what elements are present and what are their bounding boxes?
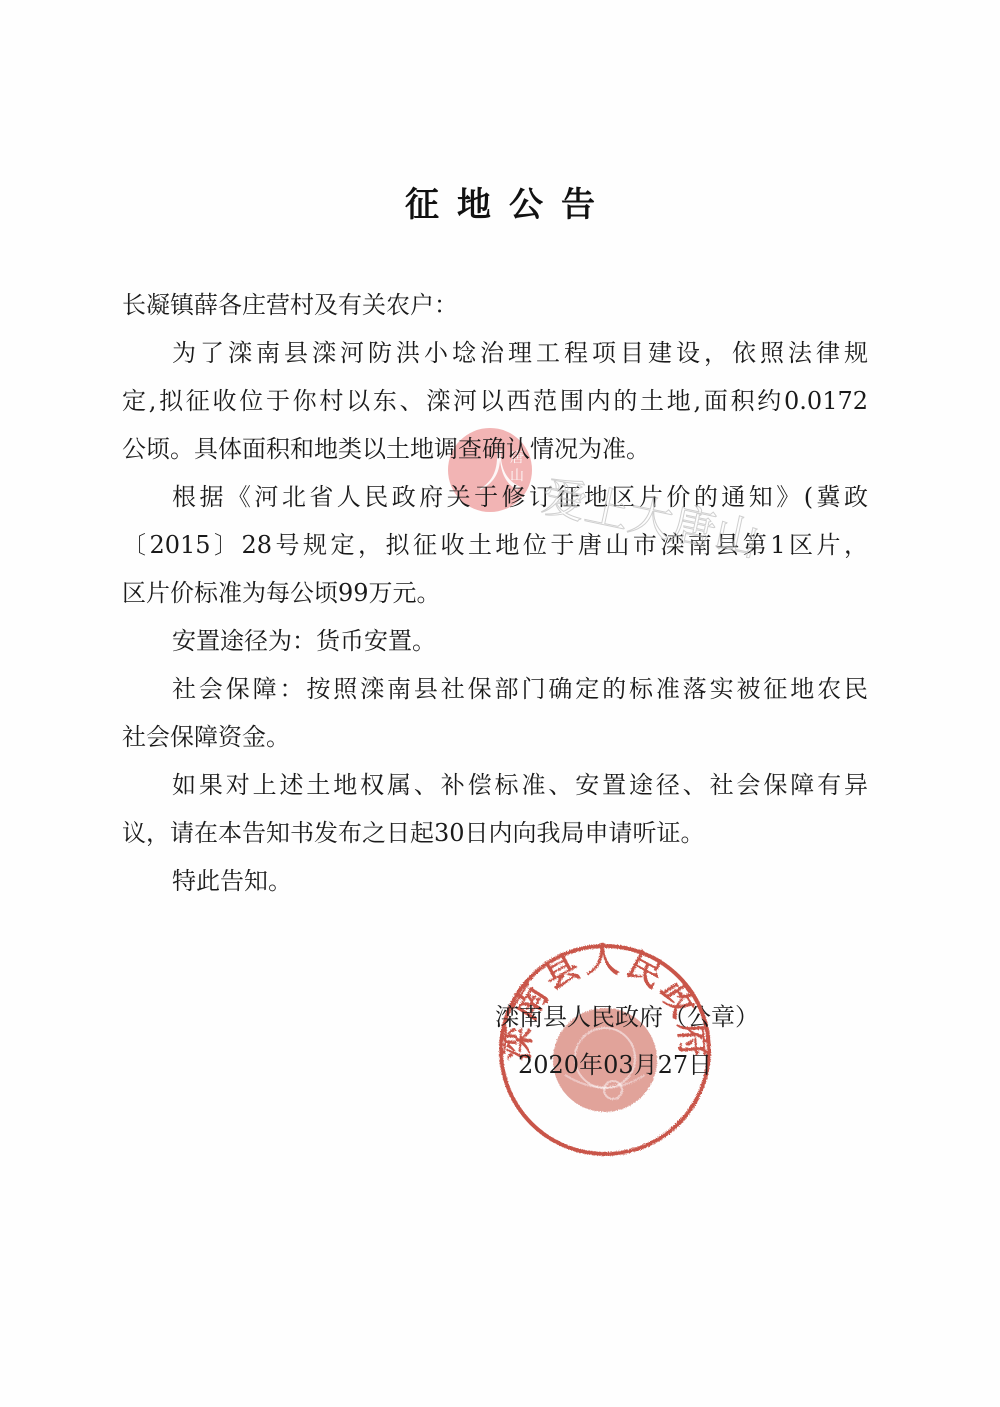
svg-text:爱上大唐山: 爱上大唐山: [540, 471, 764, 560]
paragraph-3-line-1: 安置途径为：货币安置。: [172, 625, 436, 657]
page-title: 征地公告: [0, 180, 1000, 230]
addressee: 长凝镇薛各庄营村及有关农户：: [122, 289, 458, 321]
paragraph-4-line-1: 社会保障：按照滦南县社保部门确定的标准落实被征地农民: [172, 673, 868, 705]
paragraph-2-line-3: 区片价标准为每公顷99万元。: [122, 577, 441, 609]
paragraph-1-line-2: 定,拟征收位于你村以东、滦河以西范围内的土地,面积约0.0172: [122, 385, 868, 417]
issue-date: 2020年03月27日: [518, 1049, 712, 1081]
paragraph-6-line-1: 特此告知。: [172, 865, 292, 897]
paragraph-4-line-2: 社会保障资金。: [122, 721, 290, 753]
watermark-text-icon: 爱上大唐山: [540, 470, 800, 560]
issuer-signature: 滦南县人民政府（公章）: [495, 1001, 759, 1033]
paragraph-1-line-1: 为了滦南县滦河防洪小埝治理工程项目建设，依照法律规: [172, 337, 868, 369]
paragraph-5-line-1: 如果对上述土地权属、补偿标准、安置途径、社会保障有异: [172, 769, 868, 801]
paragraph-1-line-3: 公顷。具体面积和地类以土地调查确认情况为准。: [122, 433, 650, 465]
paragraph-5-line-2: 议，请在本告知书发布之日起30日内向我局申请听证。: [122, 817, 705, 849]
document-page: 人 唐 山 爱上大唐山 滦南县人民政府 征地公告 长凝镇薛各庄营村及有关: [0, 0, 1000, 1407]
